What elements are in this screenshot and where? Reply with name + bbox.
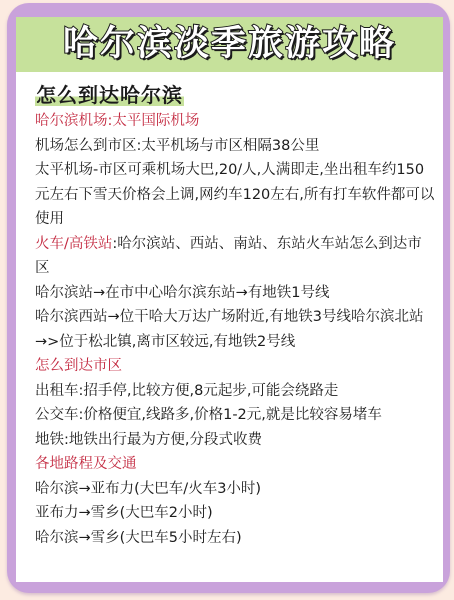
city-line-metro: 地铁:地铁出行最为方便,分段式收费 xyxy=(35,428,435,453)
train-line-1: 哈尔滨站→在市中心哈尔滨东站→有地铁1号线 xyxy=(35,281,435,306)
content-panel: 怎么到达哈尔滨 哈尔滨机场:太平国际机场 机场怎么到市区:太平机场与市区相隔38… xyxy=(16,72,443,582)
airport-heading: 哈尔滨机场:太平国际机场 xyxy=(35,109,435,134)
main-heading: 怎么到达哈尔滨 xyxy=(35,82,184,108)
route-line-2: 亚布力→雪乡(大巴车2小时) xyxy=(35,501,435,526)
city-heading: 怎么到达市区 xyxy=(35,354,435,379)
train-heading: 火车/高铁站:哈尔滨站、西站、南站、东站火车站怎么到达市区 xyxy=(35,232,435,281)
main-heading-wrap: 怎么到达哈尔滨 xyxy=(35,82,435,109)
title-band: 哈尔滨淡季旅游攻略 xyxy=(16,17,443,72)
airport-line-2: 太平机场-市区可乘机场大巴,20/人,人满即走,坐出租车约150元左右下雪天价格… xyxy=(35,158,435,232)
airport-line-1: 机场怎么到市区:太平机场与市区相隔38公里 xyxy=(35,134,435,159)
routes-heading: 各地路程及交通 xyxy=(35,452,435,477)
train-line-2: 哈尔滨西站→位干哈大万达广场附近,有地铁3号线哈尔滨北站→>位于松北镇,离市区较… xyxy=(35,305,435,354)
content-body: 怎么到达哈尔滨 哈尔滨机场:太平国际机场 机场怎么到市区:太平机场与市区相隔38… xyxy=(35,82,435,550)
route-line-1: 哈尔滨→亚布力(大巴车/火车3小时) xyxy=(35,477,435,502)
train-heading-label: 火车/高铁站 xyxy=(35,236,112,252)
city-line-taxi: 出租车:招手停,比较方便,8元起步,可能会绕路走 xyxy=(35,379,435,404)
route-line-3: 哈尔滨→雪乡(大巴车5小时左右) xyxy=(35,526,435,551)
page-title: 哈尔滨淡季旅游攻略 xyxy=(63,27,396,62)
guide-card: 哈尔滨淡季旅游攻略 怎么到达哈尔滨 哈尔滨机场:太平国际机场 机场怎么到市区:太… xyxy=(7,3,450,593)
city-line-bus: 公交车:价格便宜,线路多,价格1-2元,就是比较容易堵车 xyxy=(35,403,435,428)
